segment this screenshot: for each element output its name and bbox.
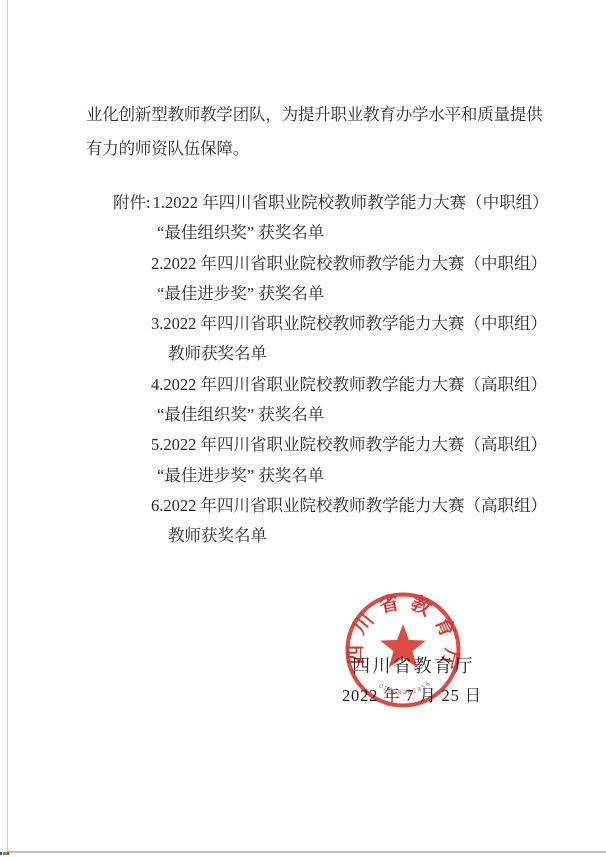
attachment-line: 教师获奖名单 (0, 521, 606, 551)
attachment-line: “最佳组织奖” 获奖名单 (0, 400, 606, 430)
attachment-line: 附件:1.2022 年四川省职业院校教师教学能力大赛（中职组） (0, 188, 606, 218)
attachment-line: “最佳进步奖” 获奖名单 (0, 279, 606, 309)
attachment-item-text: 1.2022 年四川省职业院校教师教学能力大赛（中职组） (153, 193, 549, 212)
attachment-list: 附件:1.2022 年四川省职业院校教师教学能力大赛（中职组） “最佳组织奖” … (0, 188, 606, 552)
attachment-line: 4.2022 年四川省职业院校教师教学能力大赛（高职组） (0, 370, 606, 400)
attachment-line: “最佳组织奖” 获奖名单 (0, 218, 606, 248)
scan-corner-artifact (0, 851, 10, 856)
official-seal: 四川省教育厅 01009482456 (340, 588, 466, 714)
page-bottom-edge-line (7, 851, 606, 853)
body-paragraph: 业化创新型教师教学团队，为提升职业教育办学水平和质量提供 有力的师资队伍保障。 (86, 98, 546, 166)
attachment-line: 教师获奖名单 (0, 339, 606, 369)
seal-serial-number: 01009482456 (377, 680, 432, 697)
attachment-label: 附件: (113, 193, 151, 212)
attachment-line: 6.2022 年四川省职业院校教师教学能力大赛（高职组） (0, 491, 606, 521)
paragraph-line: 业化创新型教师教学团队，为提升职业教育办学水平和质量提供 (86, 98, 546, 132)
attachment-line: 3.2022 年四川省职业院校教师教学能力大赛（中职组） (0, 309, 606, 339)
attachment-line: 5.2022 年四川省职业院校教师教学能力大赛（高职组） (0, 430, 606, 460)
star-icon (380, 624, 426, 667)
document-page: { "page": { "background": "#ffffff", "ed… (0, 0, 606, 857)
paragraph-line: 有力的师资队伍保障。 (86, 132, 546, 166)
attachment-line: 2.2022 年四川省职业院校教师教学能力大赛（中职组） (0, 249, 606, 279)
attachment-line: “最佳进步奖” 获奖名单 (0, 461, 606, 491)
